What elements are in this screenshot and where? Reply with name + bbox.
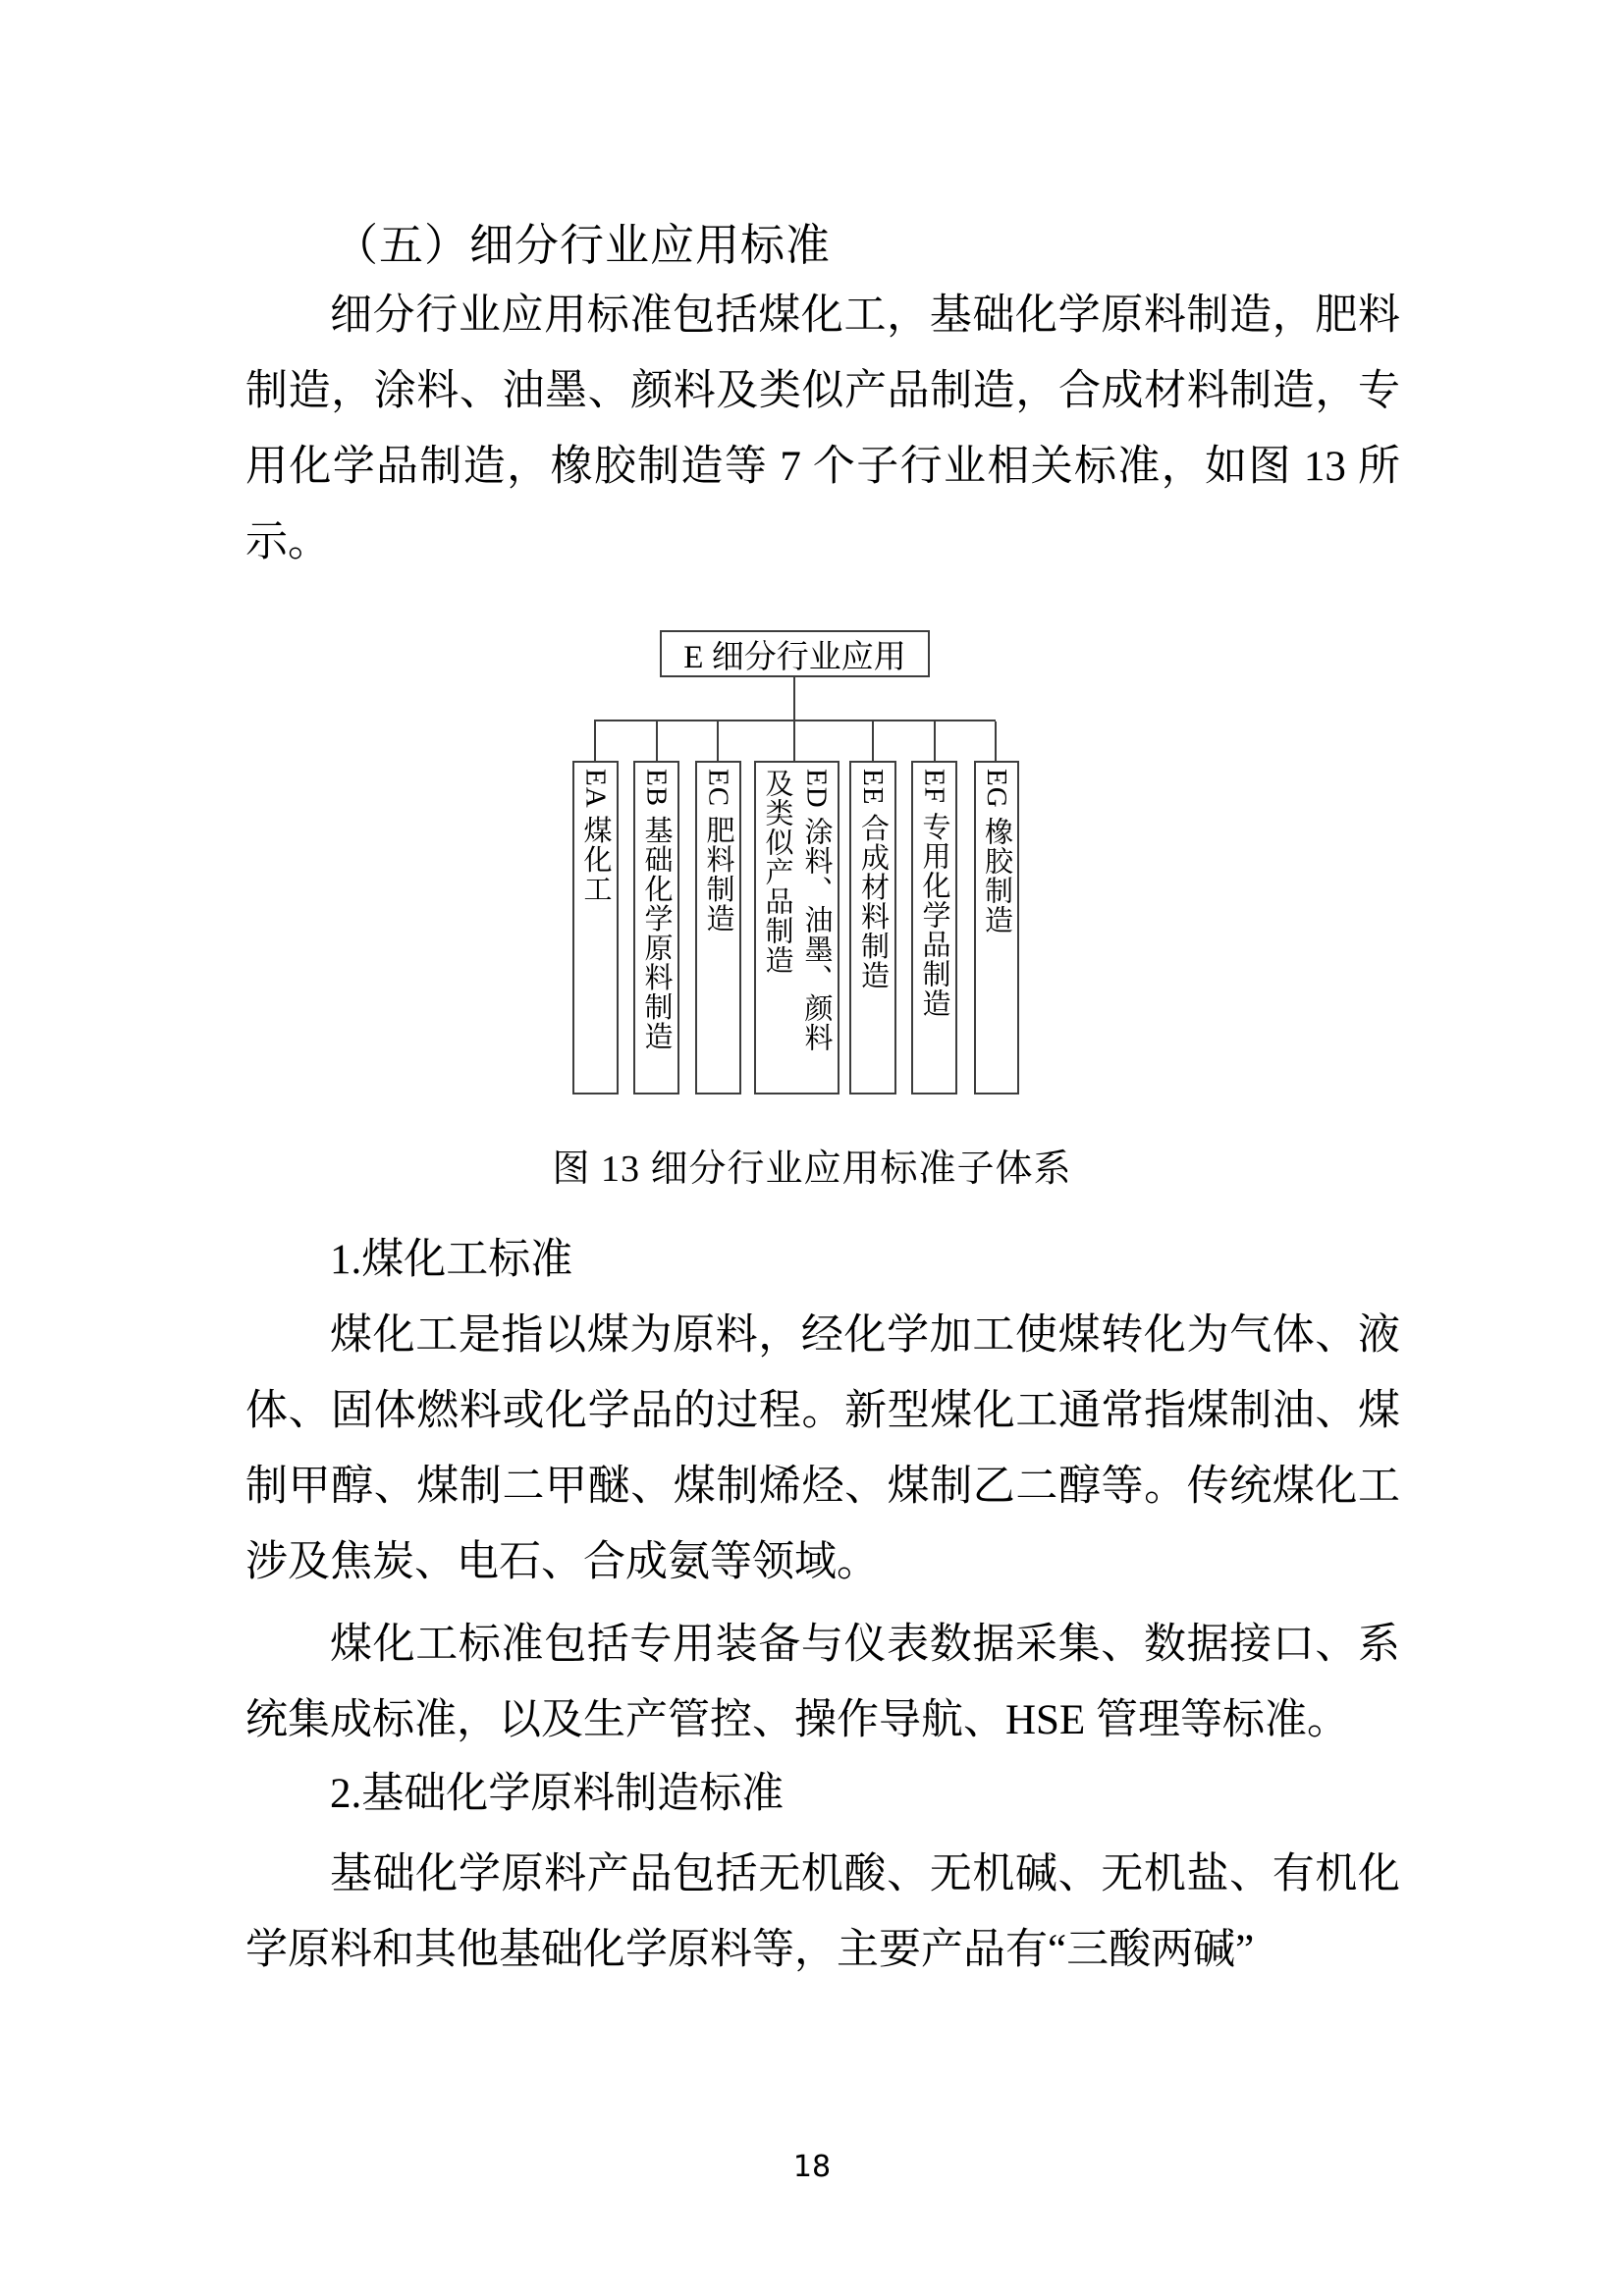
connector-stem-line (793, 677, 795, 720)
figure-node-ea-label: EA 煤化工 (576, 763, 616, 903)
paragraph-basic-chemical: 基础化学原料产品包括无机酸、无机碱、无机盐、有机化学原料和其他基础化学原料等，主… (245, 1837, 1400, 1988)
connector-drop-ef (934, 721, 936, 761)
document-page: （五）细分行业应用标准 细分行业应用标准包括煤化工，基础化学原料制造，肥料制造，… (0, 0, 1624, 2296)
figure-node-eb-label: EB 基础化学原料制造 (637, 763, 677, 1050)
figure-caption: 图 13 细分行业应用标准子体系 (0, 1132, 1624, 1207)
figure-node-eg-label: EG 橡胶制造 (977, 763, 1016, 934)
section-heading: （五）细分行业应用标准 (245, 208, 1400, 284)
connector-drop-eb (656, 721, 658, 761)
paragraph-coal-standards: 煤化工标准包括专用装备与仪表数据采集、数据接口、系统集成标准，以及生产管控、操作… (245, 1607, 1400, 1758)
connector-drop-ec (717, 721, 719, 761)
figure-root-node: E 细分行业应用 (660, 630, 930, 677)
connector-drop-ee (872, 721, 874, 761)
paragraph-coal-chemical: 煤化工是指以煤为原料，经化学加工使煤转化为气体、液体、固体燃料或化学品的过程。新… (245, 1298, 1400, 1600)
subsection-heading-1: 1.煤化工标准 (245, 1222, 1400, 1298)
figure-node-ef: EF 专用化学品制造 (911, 761, 957, 1095)
figure-node-ef-label: EF 专用化学品制造 (915, 763, 954, 1018)
connector-drop-eg (995, 721, 997, 761)
figure-node-ed-label: ED 涂料、油墨、颜料 及类似产品制造 (758, 763, 837, 1052)
figure-node-ee: EE 合成材料制造 (849, 761, 896, 1095)
figure-node-ea: EA 煤化工 (572, 761, 619, 1095)
figure-node-ec: EC 肥料制造 (695, 761, 741, 1095)
figure-13-diagram: E 细分行业应用 EA 煤化工 EB 基础化学原料制造 EC 肥料制造 ED 涂… (0, 628, 1624, 1119)
page-number: 18 (0, 2150, 1624, 2184)
subsection-heading-2: 2.基础化学原料制造标准 (245, 1756, 1400, 1832)
figure-node-ed: ED 涂料、油墨、颜料 及类似产品制造 (754, 761, 839, 1095)
connector-drop-ea (594, 721, 596, 761)
figure-node-eg: EG 橡胶制造 (974, 761, 1019, 1095)
figure-node-ee-label: EE 合成材料制造 (853, 763, 893, 990)
paragraph-intro: 细分行业应用标准包括煤化工，基础化学原料制造，肥料制造，涂料、油墨、颜料及类似产… (245, 278, 1400, 580)
connector-drop-ed (793, 721, 795, 761)
figure-node-eb: EB 基础化学原料制造 (633, 761, 679, 1095)
figure-node-ec-label: EC 肥料制造 (699, 763, 738, 933)
